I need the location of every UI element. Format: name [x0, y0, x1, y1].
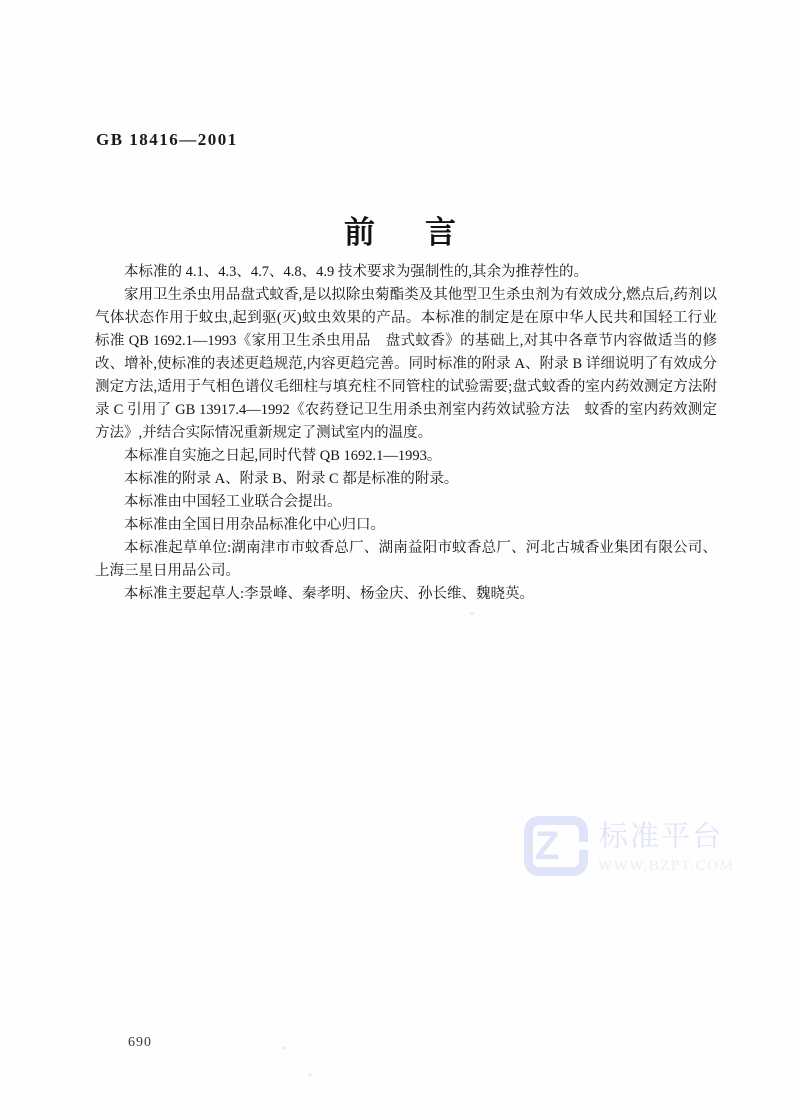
- paragraph-replacement: 本标准自实施之日起,同时代替 QB 1692.1—1993。: [95, 445, 717, 468]
- page-title: 前言: [0, 207, 800, 252]
- scan-noise-speck: [524, 596, 527, 598]
- scan-noise-speck: [282, 1046, 285, 1050]
- standard-code: GB 18416—2001: [96, 130, 238, 150]
- paragraph-centralized-by: 本标准由全国日用杂品标准化中心归口。: [95, 514, 717, 537]
- foreword-body: 本标准的 4.1、4.3、4.7、4.8、4.9 技术要求为强制性的,其余为推荐…: [95, 261, 717, 606]
- paragraph-drafting-orgs: 本标准起草单位:湖南津市市蚊香总厂、湖南益阳市蚊香总厂、河北古城香业集团有限公司…: [95, 537, 717, 583]
- paragraph-proposed-by: 本标准由中国轻工业联合会提出。: [95, 491, 717, 514]
- logo-notch: [576, 842, 591, 850]
- bzpt-logo-icon: Z: [524, 816, 588, 876]
- scan-noise-speck: [308, 1073, 312, 1076]
- title-char-left: 前: [344, 215, 375, 250]
- paragraph-drafters: 本标准主要起草人:李景峰、秦孝明、杨金庆、孙长维、魏晓英。: [95, 583, 717, 606]
- watermark-brand: 标准平台: [599, 814, 723, 855]
- watermark-url: WWW.BZPT.COM: [598, 858, 734, 875]
- paragraph-scope: 本标准的 4.1、4.3、4.7、4.8、4.9 技术要求为强制性的,其余为推荐…: [95, 261, 717, 284]
- paragraph-background: 家用卫生杀虫用品盘式蚊香,是以拟除虫菊酯类及其他型卫生杀虫剂为有效成分,燃点后,…: [95, 284, 717, 445]
- paragraph-annexes: 本标准的附录 A、附录 B、附录 C 都是标准的附录。: [95, 468, 717, 491]
- logo-letter: Z: [535, 822, 559, 870]
- scanned-standard-page: GB 18416—2001 前言 本标准的 4.1、4.3、4.7、4.8、4.…: [0, 0, 800, 1120]
- watermark: Z 标准平台 WWW.BZPT.COM: [522, 808, 722, 898]
- scan-noise-speck: [470, 612, 474, 615]
- title-char-right: 言: [425, 215, 456, 250]
- page-number: 690: [128, 1035, 152, 1051]
